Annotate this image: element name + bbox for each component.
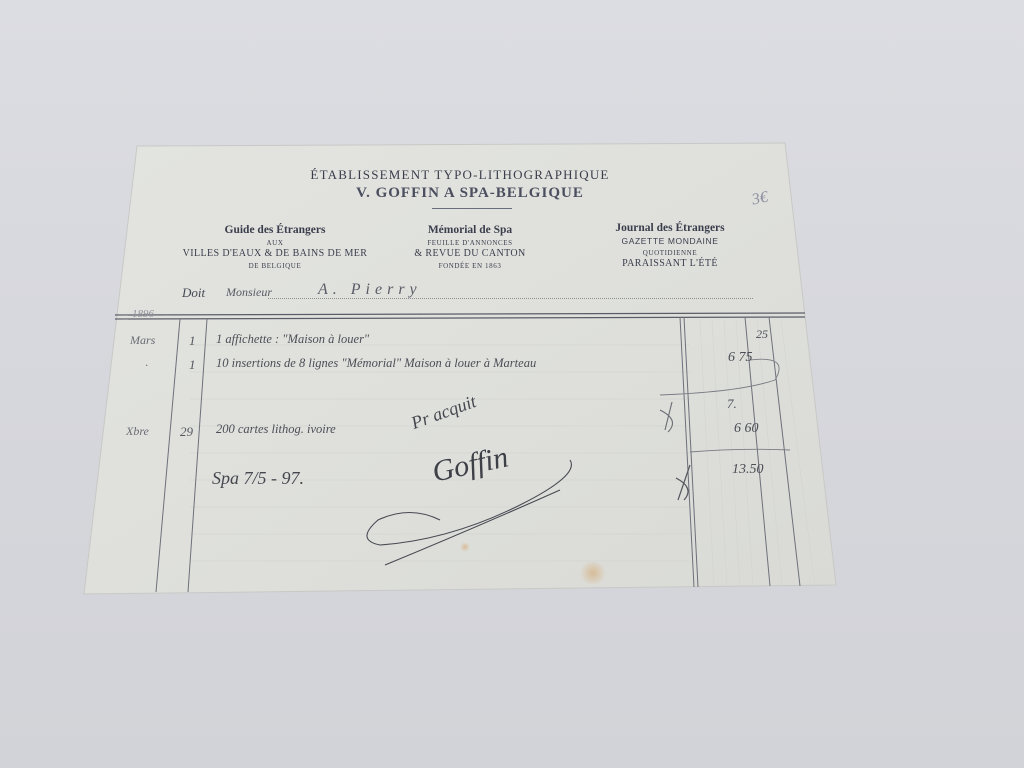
column-line: DE BELGIQUE (160, 262, 390, 270)
column-title: Journal des Étrangers (580, 222, 760, 234)
entry-month: Xbre (126, 424, 149, 439)
column-line: PARAISSANT L'ÉTÉ (580, 258, 760, 269)
column-line: AUX (160, 239, 390, 247)
entry-description: 1 affichette : "Maison à louer" (216, 332, 369, 347)
column-line: FONDÉE EN 1863 (385, 262, 555, 270)
entry-month: Mars (130, 333, 155, 348)
column-line: & REVUE DU CANTON (385, 248, 555, 259)
debtor-dotted-line (268, 298, 753, 299)
letterhead-ornament-divider (432, 208, 512, 209)
column-line: FEUILLE D'ANNONCES (385, 239, 555, 247)
column-journal-des-etrangers: Journal des Étrangers GAZETTE MONDAINE Q… (580, 222, 760, 269)
letterhead-title: ÉTABLISSEMENT TYPO-LITHOGRAPHIQUE (180, 167, 740, 183)
margin-price-note: 3€ (750, 189, 769, 210)
invoice-total: 13.50 (732, 462, 764, 478)
invoice-sheet (0, 0, 1024, 768)
column-line: GAZETTE MONDAINE (580, 236, 760, 246)
entry-amount: 6 60 (734, 421, 759, 437)
entry-day: 1 (189, 357, 196, 373)
entry-day: 29 (180, 424, 193, 440)
column-line: QUOTIDIENNE (580, 249, 760, 257)
paper-stain (578, 562, 608, 584)
column-line: VILLES D'EAUX & DE BAINS DE MER (160, 248, 390, 259)
debtor-salutation: Monsieur (226, 285, 272, 300)
column-memorial-de-spa: Mémorial de Spa FEUILLE D'ANNONCES & REV… (385, 224, 555, 270)
column-guide-des-etrangers: Guide des Étrangers AUX VILLES D'EAUX & … (160, 224, 390, 270)
ledger-year: 1896 (132, 308, 154, 320)
entry-month: · (145, 358, 148, 373)
entry-description: 10 insertions de 8 lignes "Mémorial" Mai… (216, 356, 536, 371)
photo-background: ÉTABLISSEMENT TYPO-LITHOGRAPHIQUE V. GOF… (0, 0, 1024, 768)
receipt-date: Spa 7/5 - 97. (212, 468, 304, 489)
debtor-name: A. Pierry (318, 281, 422, 299)
entry-day: 1 (189, 333, 196, 349)
entry-amount: 25 (756, 327, 768, 342)
doit-label: Doit (182, 285, 205, 301)
column-title: Guide des Étrangers (160, 224, 390, 236)
entry-description: 200 cartes lithog. ivoire (216, 422, 336, 437)
letterhead-firm: V. GOFFIN A SPA-BELGIQUE (260, 185, 680, 202)
subtotal-mark: 7. (727, 396, 737, 412)
column-title: Mémorial de Spa (385, 224, 555, 236)
paper-stain (460, 542, 470, 552)
entry-amount: 6 75 (728, 350, 753, 366)
